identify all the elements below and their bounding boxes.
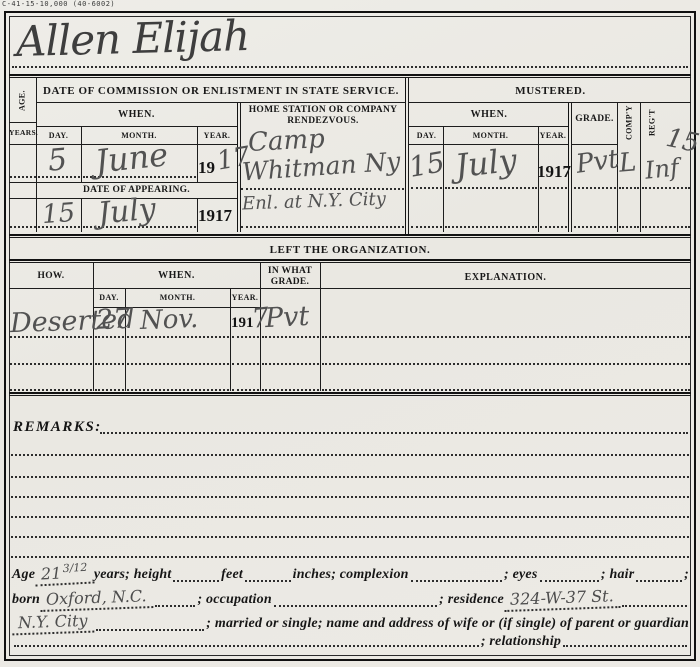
remarks-label: REMARKS: — [13, 419, 102, 436]
write-line — [241, 226, 404, 228]
enlistment-year-label: YEAR. — [197, 131, 237, 140]
write-line — [274, 605, 437, 607]
write-line — [245, 580, 291, 582]
married-or-single-label: ; married or single; name and address of… — [206, 616, 689, 632]
enlistment-when-label: WHEN. — [36, 109, 237, 121]
personal-line-4: ; relationship — [12, 634, 689, 650]
mustered-year-label: YEAR. — [538, 131, 568, 140]
write-line — [574, 226, 616, 228]
write-line — [540, 226, 567, 228]
enlistment-title: DATE OF COMMISSION OR ENLISTMENT IN STAT… — [40, 85, 402, 98]
residence-label: ; residence — [439, 592, 504, 608]
write-line — [619, 226, 639, 228]
mustered-day-label: DAY. — [410, 131, 443, 140]
mustered-year-value: 1917 — [537, 162, 571, 182]
explanation-label: EXPLANATION. — [320, 272, 691, 284]
write-line — [11, 476, 689, 478]
write-line — [232, 389, 259, 391]
personal-line-3: N.Y. City ; married or single; name and … — [12, 612, 689, 634]
residence-value: 324-W-37 St. — [504, 586, 620, 612]
write-line — [642, 226, 690, 228]
appearing-year-value: 1917 — [198, 206, 232, 226]
write-line — [411, 187, 442, 189]
leftorg-when-label: WHEN. — [93, 270, 260, 282]
write-line — [232, 363, 259, 365]
write-line — [322, 389, 690, 391]
semicolon-label: ; — [684, 567, 689, 583]
enlistment-day-label: DAY. — [36, 131, 81, 140]
section-divider — [9, 392, 691, 396]
write-line — [10, 389, 92, 391]
age-column-label: AGE. — [10, 82, 34, 120]
enlistment-day-value: 5 — [47, 145, 69, 177]
grid-line — [230, 288, 231, 391]
occupation-label: ; occupation — [197, 592, 271, 608]
mustered-title: MUSTERED. — [410, 85, 691, 98]
years-height-label: years; height — [94, 567, 172, 583]
write-line — [636, 580, 682, 582]
mustered-month-label: MONTH. — [443, 131, 538, 140]
write-line — [95, 363, 124, 365]
write-line — [411, 580, 502, 582]
age-value: 21 3/12 — [35, 560, 95, 586]
mustered-month-value: July — [453, 144, 518, 182]
eyes-label: ; eyes — [504, 567, 537, 583]
enlistment-year-printed: 19 — [198, 158, 215, 178]
city-value: N.Y. City — [12, 611, 94, 636]
write-line — [11, 496, 689, 498]
mustered-grade-label: GRADE. — [572, 114, 617, 125]
write-line — [100, 432, 688, 434]
mustered-when-label: WHEN. — [410, 109, 568, 121]
write-line — [540, 187, 567, 189]
write-line — [622, 605, 687, 607]
born-label: born — [12, 592, 40, 608]
inches-complexion-label: inches; complexion — [293, 567, 409, 583]
hair-label: ; hair — [601, 567, 635, 583]
leftorg-month-label: MONTH. — [125, 293, 230, 302]
write-line — [14, 645, 479, 647]
appearing-month-value: July — [97, 195, 157, 230]
in-what-grade-label: IN WHAT GRADE. — [263, 266, 317, 288]
leftorg-day-label: DAY. — [93, 293, 125, 302]
write-line — [262, 336, 319, 338]
write-line — [11, 516, 689, 518]
mustered-day-value: 15 — [407, 148, 447, 182]
leftorg-grade-value: Pvt — [264, 303, 310, 332]
name-underline — [12, 66, 688, 68]
leftorg-year-label: YEAR. — [230, 293, 260, 302]
grid-line — [9, 182, 237, 183]
write-line — [127, 389, 229, 391]
name-entry: Allen Elijah — [15, 15, 249, 63]
age-label: Age — [12, 567, 35, 583]
mustered-grade-value: Pvt — [574, 146, 620, 178]
personal-line-1: Age 21 3/12 years; height feet inches; c… — [12, 562, 689, 585]
muster-card: C-41-15-10,000 (40-6002) Allen Elijah — [0, 0, 700, 667]
write-line — [322, 336, 690, 338]
mustered-regiment-value: Inf — [644, 155, 680, 182]
write-line — [10, 363, 92, 365]
write-line — [173, 580, 219, 582]
appearing-day-value: 15 — [41, 200, 76, 228]
write-line — [574, 187, 616, 189]
write-line — [642, 187, 690, 189]
mustered-company-value: L — [618, 149, 637, 176]
leftorg-day-value: 27 — [95, 305, 131, 334]
age-years-value: 21 — [41, 563, 62, 583]
write-line — [127, 363, 229, 365]
write-line — [95, 389, 124, 391]
write-line — [155, 605, 196, 607]
leftorg-year-printed: 191 — [231, 315, 254, 332]
write-line — [10, 226, 36, 228]
write-line — [563, 645, 687, 647]
grid-line — [9, 144, 36, 145]
grid-line — [9, 288, 691, 289]
write-line — [262, 389, 319, 391]
write-line — [619, 187, 639, 189]
write-line — [262, 363, 319, 365]
write-line — [11, 536, 689, 538]
age-fraction-value: 3/12 — [63, 561, 88, 575]
write-line — [11, 556, 689, 558]
grid-line — [36, 102, 406, 103]
leftorg-month-value: Nov. — [140, 306, 199, 334]
left-organization-title: LEFT THE ORGANIZATION. — [9, 244, 691, 257]
write-line — [11, 454, 689, 456]
write-line — [232, 336, 259, 338]
section-divider — [9, 259, 691, 263]
section-divider — [9, 74, 691, 78]
grid-line — [443, 126, 444, 232]
grid-line — [36, 126, 237, 127]
write-line — [445, 187, 537, 189]
write-line — [127, 336, 229, 338]
born-value: Oxford, N.C. — [40, 586, 153, 612]
relationship-label: ; relationship — [481, 634, 561, 650]
enlistment-month-value: June — [94, 138, 170, 177]
home-station-line3: Enl. at N.Y. City — [242, 190, 386, 213]
write-line — [540, 580, 599, 582]
section-divider — [9, 234, 691, 238]
write-line — [411, 226, 442, 228]
personal-line-2: born Oxford, N.C. ; occupation ; residen… — [12, 588, 689, 610]
mustered-company-label: COMP'Y — [619, 103, 639, 143]
write-line — [445, 226, 537, 228]
mustered-regiment-number: 15 — [664, 125, 700, 157]
mustered-regiment-label: REG'T — [642, 103, 662, 143]
grid-line — [81, 198, 82, 232]
feet-label: feet — [221, 567, 243, 583]
form-print-code: C-41-15-10,000 (40-6002) — [2, 0, 222, 7]
age-years-label: YEARS. — [9, 129, 36, 138]
write-line — [95, 336, 124, 338]
grid-line — [640, 102, 641, 232]
how-label: HOW. — [9, 271, 93, 282]
grid-line — [409, 126, 568, 127]
write-line — [10, 176, 36, 178]
write-line — [322, 363, 690, 365]
write-line — [96, 629, 205, 631]
grid-line — [9, 122, 36, 123]
